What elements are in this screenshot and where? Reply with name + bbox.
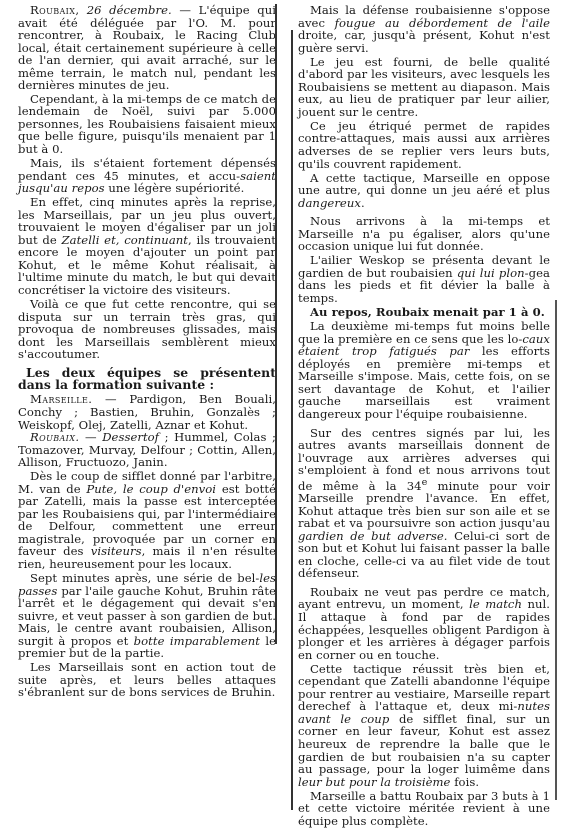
article-paragraph: Roubaix ne veut pas perdre ce match, aya… (298, 586, 550, 661)
article-paragraph: Nous arrivons à la mi-temps et Marseille… (298, 215, 550, 253)
article-paragraph: Voilà ce que fut cette rencontre, qui se… (18, 298, 276, 361)
article-paragraph: Ce jeu étriqué permet de rapides contre-… (298, 120, 550, 170)
article-paragraph: Mais, ils s'étaient fortement dépensés p… (18, 157, 276, 195)
article-paragraph: L'ailier Weskop se présenta devant le ga… (298, 254, 550, 304)
article-column-left: Roubaix, 26 décembre. — L'équipe qui ava… (18, 4, 276, 701)
article-paragraph: Roubaix, 26 décembre. — L'équipe qui ava… (18, 4, 276, 92)
article-paragraph: La deuxième mi-temps fut moins belle que… (298, 320, 550, 420)
article-paragraph: En effet, cinq minutes après la reprise,… (18, 196, 276, 296)
column-divider (291, 30, 293, 810)
column-divider (555, 300, 557, 800)
article-paragraph: A cette tactique, Marseille en oppose un… (298, 172, 550, 210)
article-column-right: Mais la défense roubaisienne s'oppose av… (298, 4, 550, 829)
lineup-heading: Les deux équipes se présentent dans la f… (18, 367, 276, 392)
article-paragraph: Sept minutes après, une série de bel-les… (18, 572, 276, 660)
final-score-paragraph: Marseille a battu Roubaix par 3 buts à 1… (298, 790, 550, 828)
article-paragraph: Sur des centres signés par lui, les autr… (298, 427, 550, 580)
article-paragraph: Cependant, à la mi-temps de ce match de … (18, 93, 276, 156)
article-paragraph: Dès le coup de sifflet donné par l'arbit… (18, 470, 276, 570)
article-paragraph: Les Marseillais sont en action tout de s… (18, 661, 276, 699)
lineup-marseille: Marseille. — Pardigon, Ben Bouali, Conch… (18, 393, 276, 431)
article-paragraph: Mais la défense roubaisienne s'oppose av… (298, 4, 550, 54)
newspaper-clipping: Roubaix, 26 décembre. — L'équipe qui ava… (0, 0, 568, 835)
column-divider (275, 4, 277, 644)
lineup-roubaix: Roubaix. — Dessertof ; Hummel, Colas ; T… (18, 431, 276, 469)
article-paragraph: Cette tactique réussit très bien et, cep… (298, 663, 550, 788)
halftime-score: Au repos, Roubaix menait par 1 à 0. (298, 306, 550, 319)
article-paragraph: Le jeu est fourni, de belle qualité d'ab… (298, 56, 550, 119)
